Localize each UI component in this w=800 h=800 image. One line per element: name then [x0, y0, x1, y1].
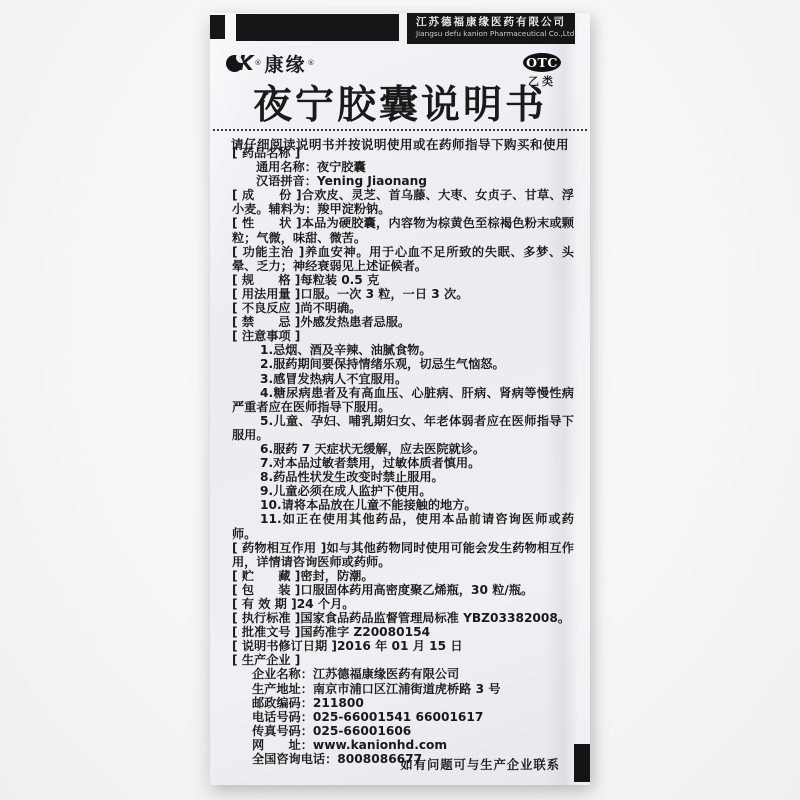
brand-logo: K ® 康缘 ®	[226, 51, 316, 75]
precaution-item: 1.忌烟、酒及辛辣、油腻食物。	[232, 343, 574, 357]
header-company-bar: 江苏德福康缘医药有限公司 Jiangsu defu kanion Pharmac…	[407, 13, 575, 44]
precaution-item: 6.服药 7 天症状无缓解，应去医院就诊。	[232, 442, 574, 456]
section-composition: [ 成 份 ]合欢皮、灵芝、首乌藤、大枣、女贞子、甘草、浮小麦。辅料为：羧甲淀粉…	[232, 188, 574, 216]
company-name-en: Jiangsu defu kanion Pharmaceutical Co.,L…	[416, 29, 575, 38]
section-manufacturer-label: [ 生产企业 ]	[232, 653, 574, 667]
precaution-item: 4.糖尿病患者及有高血压、心脏病、肝病、肾病等慢性病严重者应在医师指导下服用。	[232, 386, 574, 414]
manufacturer-line: 生产地址：南京市浦口区江浦街道虎桥路 3 号	[232, 682, 574, 696]
approval-label: [ 批准文号 ]	[232, 625, 300, 639]
section-storage: [ 贮 藏 ]密封，防潮。	[232, 569, 574, 583]
section-validity: [ 有 效 期 ]24 个月。	[232, 597, 574, 611]
manufacturer-line: 网 址：www.kanionhd.com	[232, 738, 574, 752]
section-approval-number: [ 批准文号 ]国药准字 Z20080154	[232, 625, 574, 639]
specification-label: [ 规 格 ]	[232, 273, 300, 287]
precaution-item: 5.儿童、孕妇、哺乳期妇女、年老体弱者应在医师指导下服用。	[232, 414, 574, 442]
section-dosage: [ 用法用量 ]口服。一次 3 粒，一日 3 次。	[232, 287, 574, 301]
storage-label: [ 贮 藏 ]	[232, 569, 300, 583]
section-drug-name-label: [ 药品名称 ]	[232, 146, 574, 160]
header-bar-middle-block	[236, 14, 399, 41]
revision-date-text: 2016 年 01 月 15 日	[337, 639, 463, 653]
properties-label: [ 性 状 ]	[232, 216, 302, 230]
section-package: [ 包 装 ]口服固体药用高密度聚乙烯瓶，30 粒/瓶。	[232, 583, 574, 597]
validity-label: [ 有 效 期 ]	[232, 597, 297, 611]
package-text: 口服固体药用高密度聚乙烯瓶，30 粒/瓶。	[300, 583, 533, 597]
generic-name-line: 通用名称：夜宁胶囊	[232, 160, 574, 174]
section-indications: [ 功能主治 ]养血安神。用于心血不足所致的失眠、多梦、头晕、乏力；神经衰弱见上…	[232, 245, 574, 273]
approval-text: 国药准字 Z20080154	[300, 625, 430, 639]
dotted-divider	[213, 129, 587, 131]
interactions-label: [ 药物相互作用 ]	[232, 541, 326, 555]
header-bar-left-block	[210, 15, 225, 39]
page-title: 夜宁胶囊说明书	[210, 85, 590, 127]
manufacturer-line: 企业名称：江苏德福康缘医药有限公司	[232, 667, 574, 681]
standard-label: [ 执行标准 ]	[232, 611, 300, 625]
section-specification: [ 规 格 ]每粒装 0.5 克	[232, 273, 574, 287]
leaflet-body: [ 药品名称 ] 通用名称：夜宁胶囊 汉语拼音：Yening Jiaonang …	[232, 146, 574, 766]
precaution-item: 3.感冒发热病人不宜服用。	[232, 372, 574, 386]
dosage-text: 口服。一次 3 粒，一日 3 次。	[300, 287, 468, 301]
kanion-crescent-icon	[226, 55, 243, 72]
standard-text: 国家食品药品监督管理局标准 YBZ03382008。	[300, 611, 570, 625]
footer-black-block	[574, 744, 590, 782]
storage-text: 密封，防潮。	[300, 569, 373, 583]
precaution-item: 9.儿童必须在成人监护下使用。	[232, 484, 574, 498]
section-properties: [ 性 状 ]本品为硬胶囊，内容物为棕黄色至棕褐色粉末或颗粒；气微，味甜、微苦。	[232, 216, 574, 244]
brand-name: 康缘	[265, 50, 307, 77]
section-contraindications: [ 禁 忌 ]外感发热患者忌服。	[232, 315, 574, 329]
leaflet-paper: 江苏德福康缘医药有限公司 Jiangsu defu kanion Pharmac…	[210, 13, 590, 785]
indications-label: [ 功能主治 ]	[232, 245, 304, 259]
section-precautions-label: [ 注意事项 ]	[232, 329, 574, 343]
adverse-reactions-text: 尚不明确。	[300, 301, 361, 315]
dosage-label: [ 用法用量 ]	[232, 287, 300, 301]
precaution-item: 10.请将本品放在儿童不能接触的地方。	[232, 498, 574, 512]
precaution-item: 2.服药期间要保持情绪乐观，切忌生气恼怒。	[232, 357, 574, 371]
contraindications-label: [ 禁 忌 ]	[232, 315, 300, 329]
precaution-item: 7.对本品过敏者禁用，过敏体质者慎用。	[232, 456, 574, 470]
section-standard: [ 执行标准 ]国家食品药品监督管理局标准 YBZ03382008。	[232, 611, 574, 625]
validity-text: 24 个月。	[297, 597, 355, 611]
pinyin-line: 汉语拼音：Yening Jiaonang	[232, 174, 574, 188]
contact-manufacturer-note: 如有问题可与生产企业联系	[400, 755, 560, 773]
specification-text: 每粒装 0.5 克	[300, 273, 379, 287]
package-label: [ 包 装 ]	[232, 583, 300, 597]
section-interactions: [ 药物相互作用 ]如与其他药物同时使用可能会发生药物相互作用，详情请咨询医师或…	[232, 541, 574, 569]
company-name-cn: 江苏德福康缘医药有限公司	[416, 16, 575, 29]
section-revision-date: [ 说明书修订日期 ]2016 年 01 月 15 日	[232, 639, 574, 653]
contraindications-text: 外感发热患者忌服。	[300, 315, 410, 329]
manufacturer-line: 传真号码：025-66001606	[232, 724, 574, 738]
otc-oval-icon: OTC	[523, 53, 561, 72]
manufacturer-line: 邮政编码：211800	[232, 696, 574, 710]
section-adverse-reactions: [ 不良反应 ]尚不明确。	[232, 301, 574, 315]
revision-date-label: [ 说明书修订日期 ]	[232, 639, 337, 653]
photo-background: 江苏德福康缘医药有限公司 Jiangsu defu kanion Pharmac…	[0, 0, 800, 800]
composition-label: [ 成 份 ]	[232, 188, 302, 202]
precaution-item: 11.如正在使用其他药品，使用本品前请咨询医师或药师。	[232, 512, 574, 540]
precaution-item: 8.药品性状发生改变时禁止服用。	[232, 470, 574, 484]
manufacturer-line: 电话号码：025-66001541 66001617	[232, 710, 574, 724]
adverse-reactions-label: [ 不良反应 ]	[232, 301, 300, 315]
